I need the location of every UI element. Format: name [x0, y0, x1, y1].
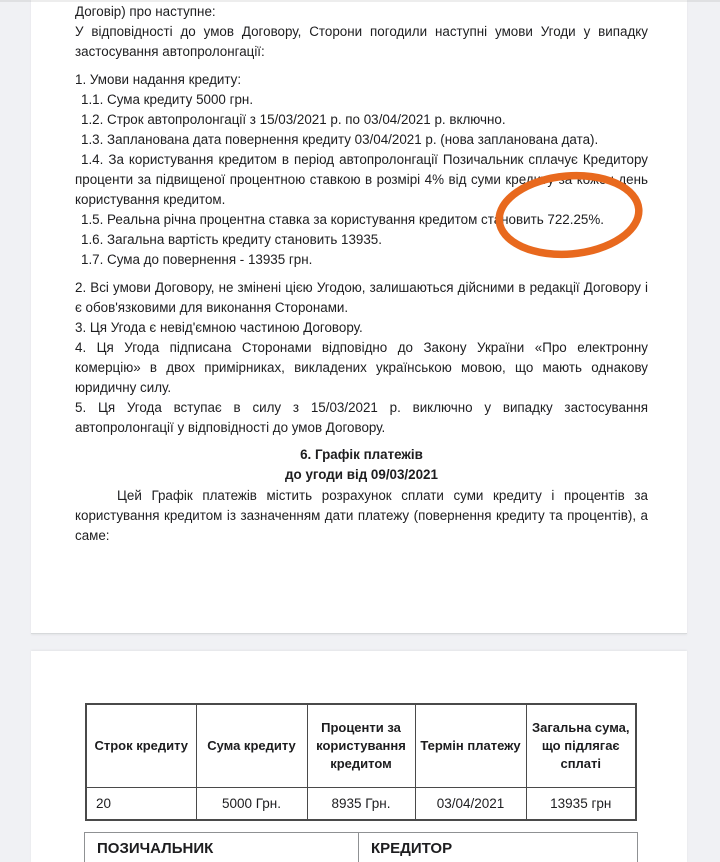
clause-3: 3. Ця Угода є невід'ємною частиною Догов…	[75, 318, 648, 338]
clause-2: 2. Всі умови Договору, не змінені цією У…	[75, 278, 648, 318]
header-payment-date: Термін платежу	[415, 704, 526, 788]
header-total-due: Загальна сума, що підлягає сплаті	[526, 704, 636, 788]
top-edge-shadow	[0, 0, 720, 2]
clause-1-6: 1.6. Загальна вартість кредиту становить…	[75, 230, 648, 250]
header-loan-amount: Сума кредиту	[196, 704, 307, 788]
clause-1-4: 1.4. За користування кредитом в період а…	[75, 150, 648, 210]
signature-header-row: ПОЗИЧАЛЬНИК КРЕДИТОР	[85, 833, 638, 862]
clause-1-7: 1.7. Сума до повернення - 13935 грн.	[75, 250, 648, 270]
creditor-label: КРЕДИТОР	[359, 833, 638, 862]
value-payment-date: 03/04/2021	[415, 788, 526, 821]
contract-text: Договір) про наступне: У відповідності д…	[31, 0, 687, 546]
borrower-label: ПОЗИЧАЛЬНИК	[85, 833, 359, 862]
clause-5: 5. Ця Угода вступає в силу з 15/03/2021 …	[75, 398, 648, 438]
clause-1-2: 1.2. Строк автопролонгації з 15/03/2021 …	[75, 110, 648, 130]
section6-title-line2: до угоди від 09/03/2021	[75, 465, 648, 485]
section6-heading: 6. Графік платежів до угоди від 09/03/20…	[75, 445, 648, 485]
payment-table-header-row: Строк кредиту Сума кредиту Проценти за к…	[86, 704, 636, 788]
clause-1-5: 1.5. Реальна річна процентна ставка за к…	[75, 210, 648, 230]
clause-4: 4. Ця Угода підписана Сторонами відповід…	[75, 338, 648, 398]
clause-1-3: 1.3. Запланована дата повернення кредиту…	[75, 130, 648, 150]
signature-table: ПОЗИЧАЛЬНИК КРЕДИТОР	[84, 832, 638, 862]
document-page-1: Договір) про наступне: У відповідності д…	[31, 0, 687, 634]
value-loan-term: 20	[86, 788, 196, 821]
value-total-due: 13935 грн	[526, 788, 636, 821]
intro-line-2: У відповідності до умов Договору, Сторон…	[75, 22, 648, 62]
document-viewer: Договір) про наступне: У відповідності д…	[0, 0, 720, 862]
header-interest: Проценти за користування кредитом	[307, 704, 415, 788]
section6-title-line1: 6. Графік платежів	[75, 445, 648, 465]
payment-schedule-table: Строк кредиту Сума кредиту Проценти за к…	[85, 703, 637, 821]
section1-title: 1. Умови надання кредиту:	[75, 70, 648, 90]
document-page-2: Строк кредиту Сума кредиту Проценти за к…	[31, 651, 687, 862]
value-interest: 8935 Грн.	[307, 788, 415, 821]
value-loan-amount: 5000 Грн.	[196, 788, 307, 821]
clause-1-1: 1.1. Сума кредиту 5000 грн.	[75, 90, 648, 110]
header-loan-term: Строк кредиту	[86, 704, 196, 788]
section6-intro: Цей Графік платежів містить розрахунок с…	[75, 486, 648, 546]
payment-table-data-row: 20 5000 Грн. 8935 Грн. 03/04/2021 13935 …	[86, 788, 636, 821]
intro-line-1: Договір) про наступне:	[75, 2, 648, 22]
